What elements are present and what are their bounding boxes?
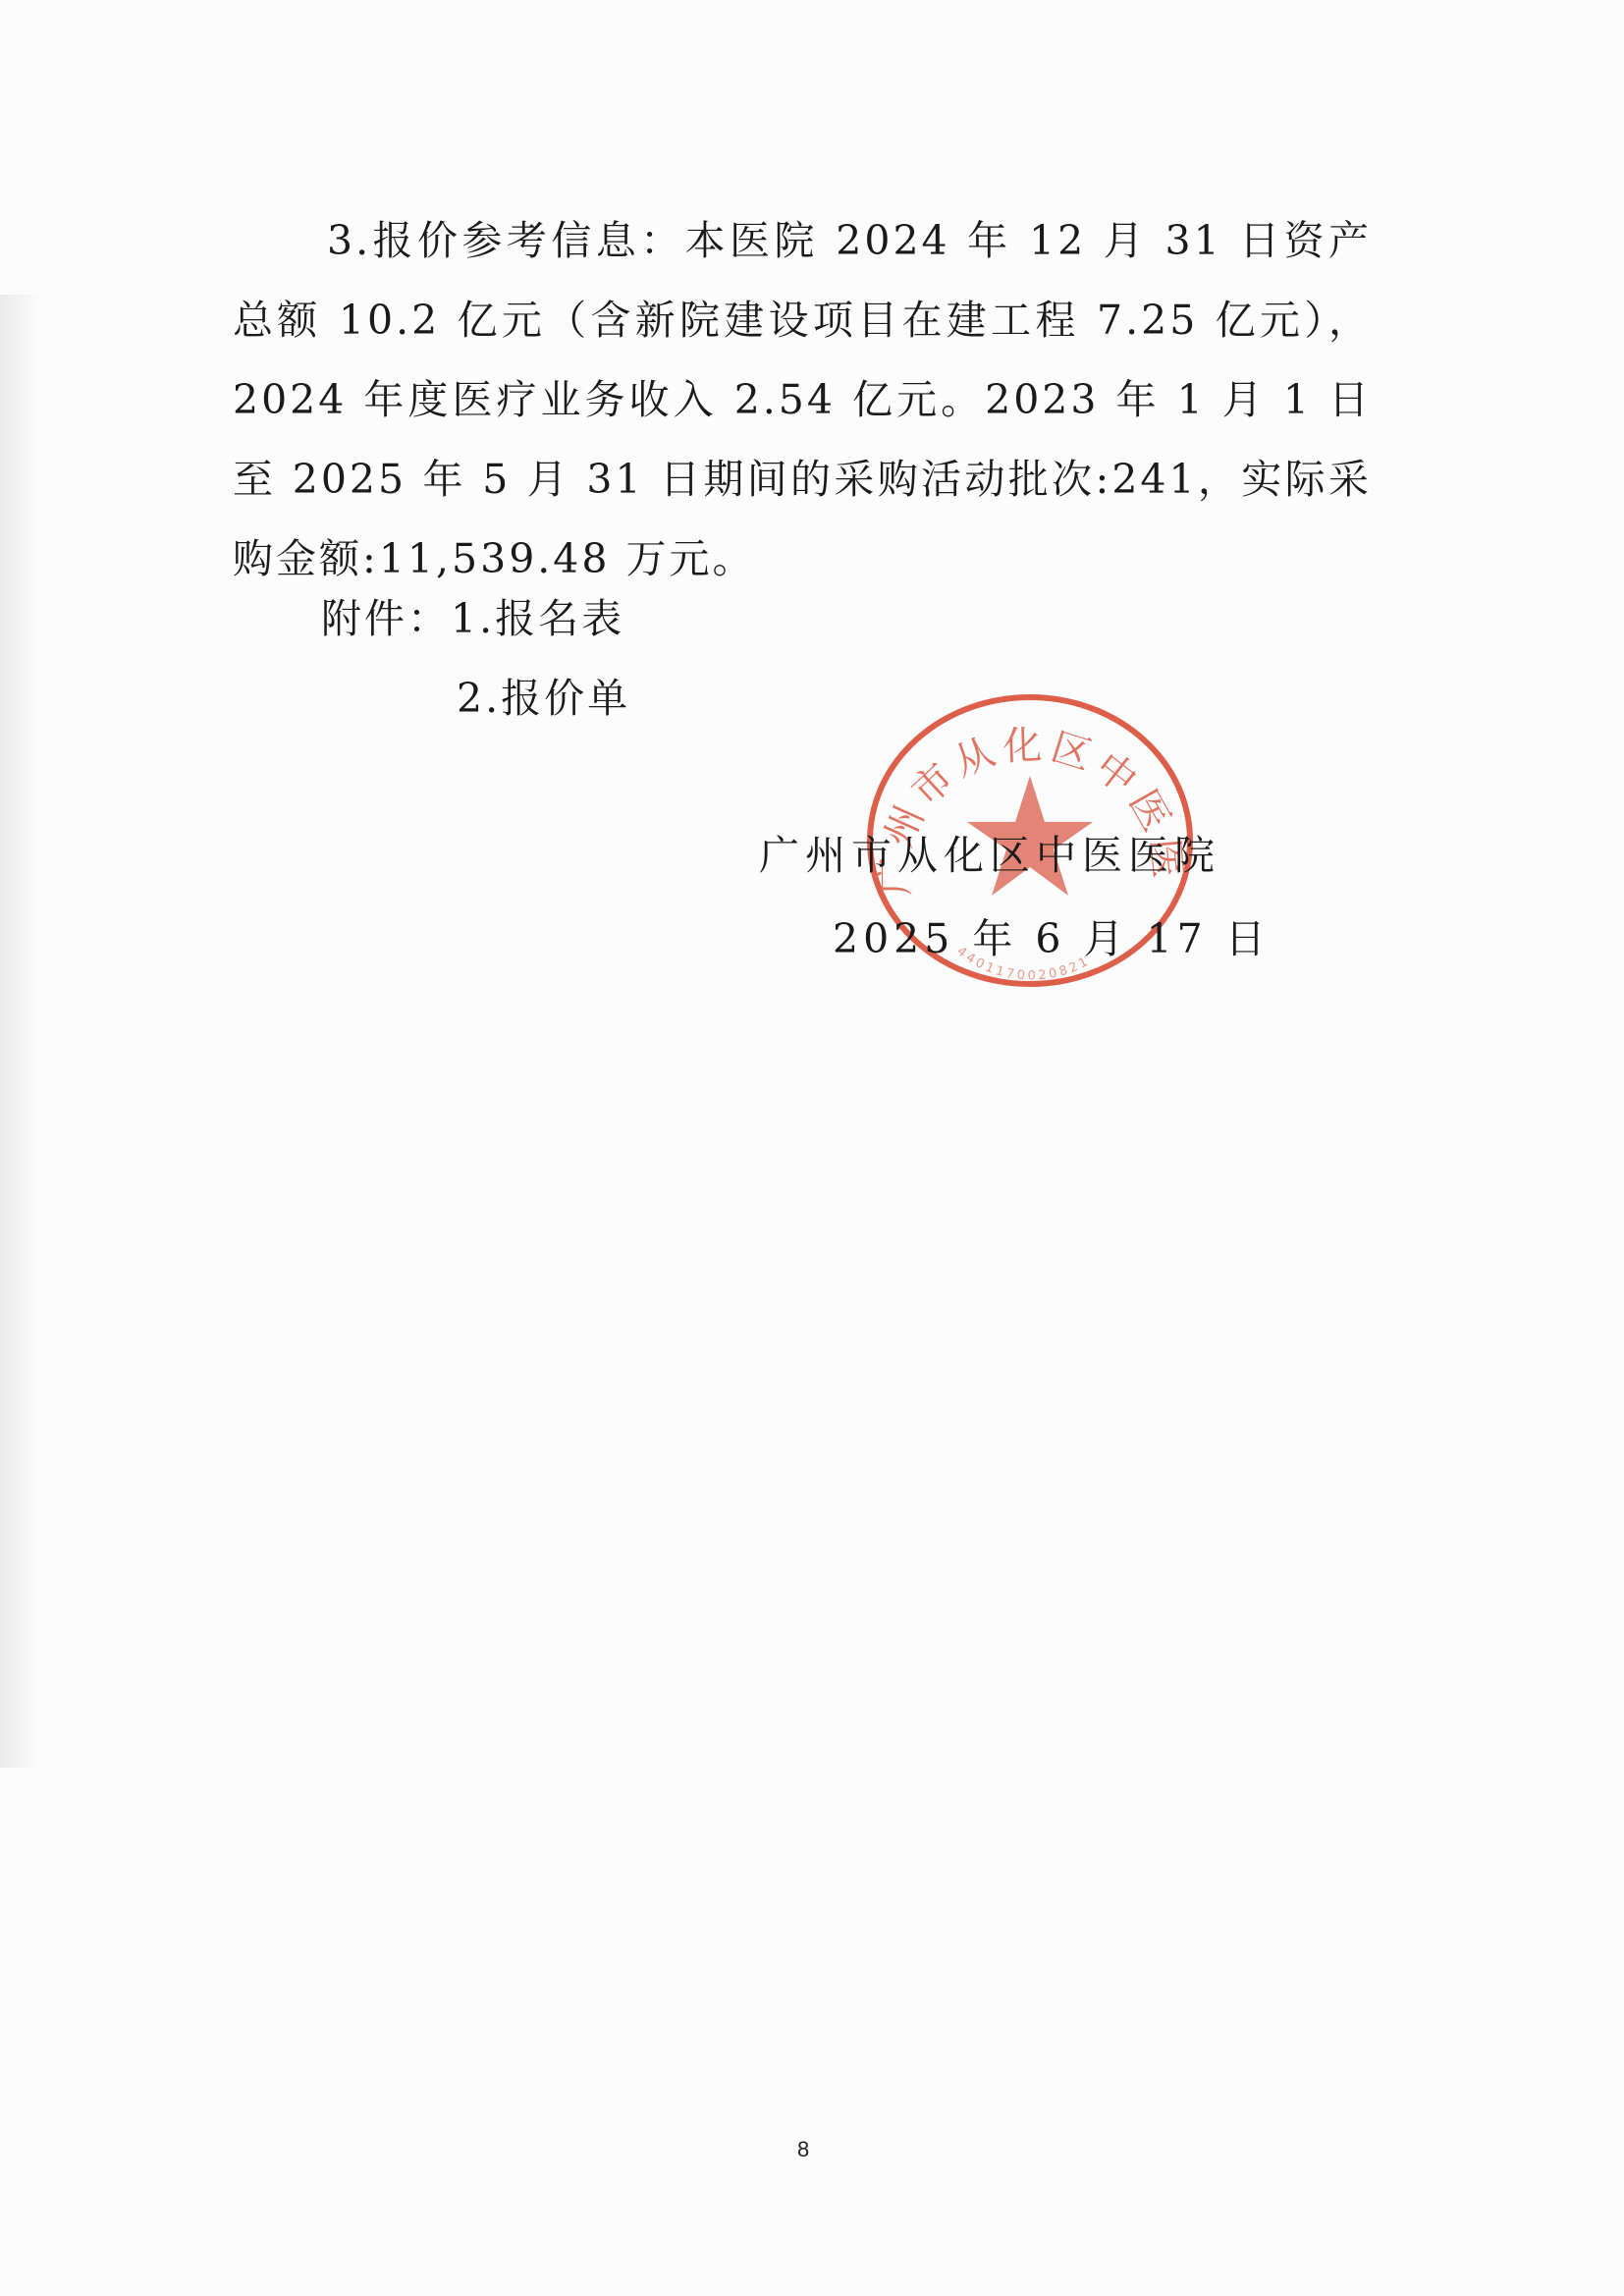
page-number: 8 — [797, 2137, 809, 2162]
attachment-label-line: 附件：1.报名表 — [321, 594, 624, 643]
scan-edge-shadow — [0, 295, 39, 1768]
document-page: 3.报价参考信息：本医院 2024 年 12 月 31 日资产总额 10.2 亿… — [0, 0, 1624, 2296]
signature-organization: 广州市从化区中医医院 — [759, 831, 1220, 880]
signature-date: 2025 年 6 月 17 日 — [833, 914, 1271, 963]
attachment-item-2: 2.报价单 — [457, 674, 630, 723]
quote-reference-paragraph: 3.报价参考信息：本医院 2024 年 12 月 31 日资产总额 10.2 亿… — [233, 201, 1372, 599]
